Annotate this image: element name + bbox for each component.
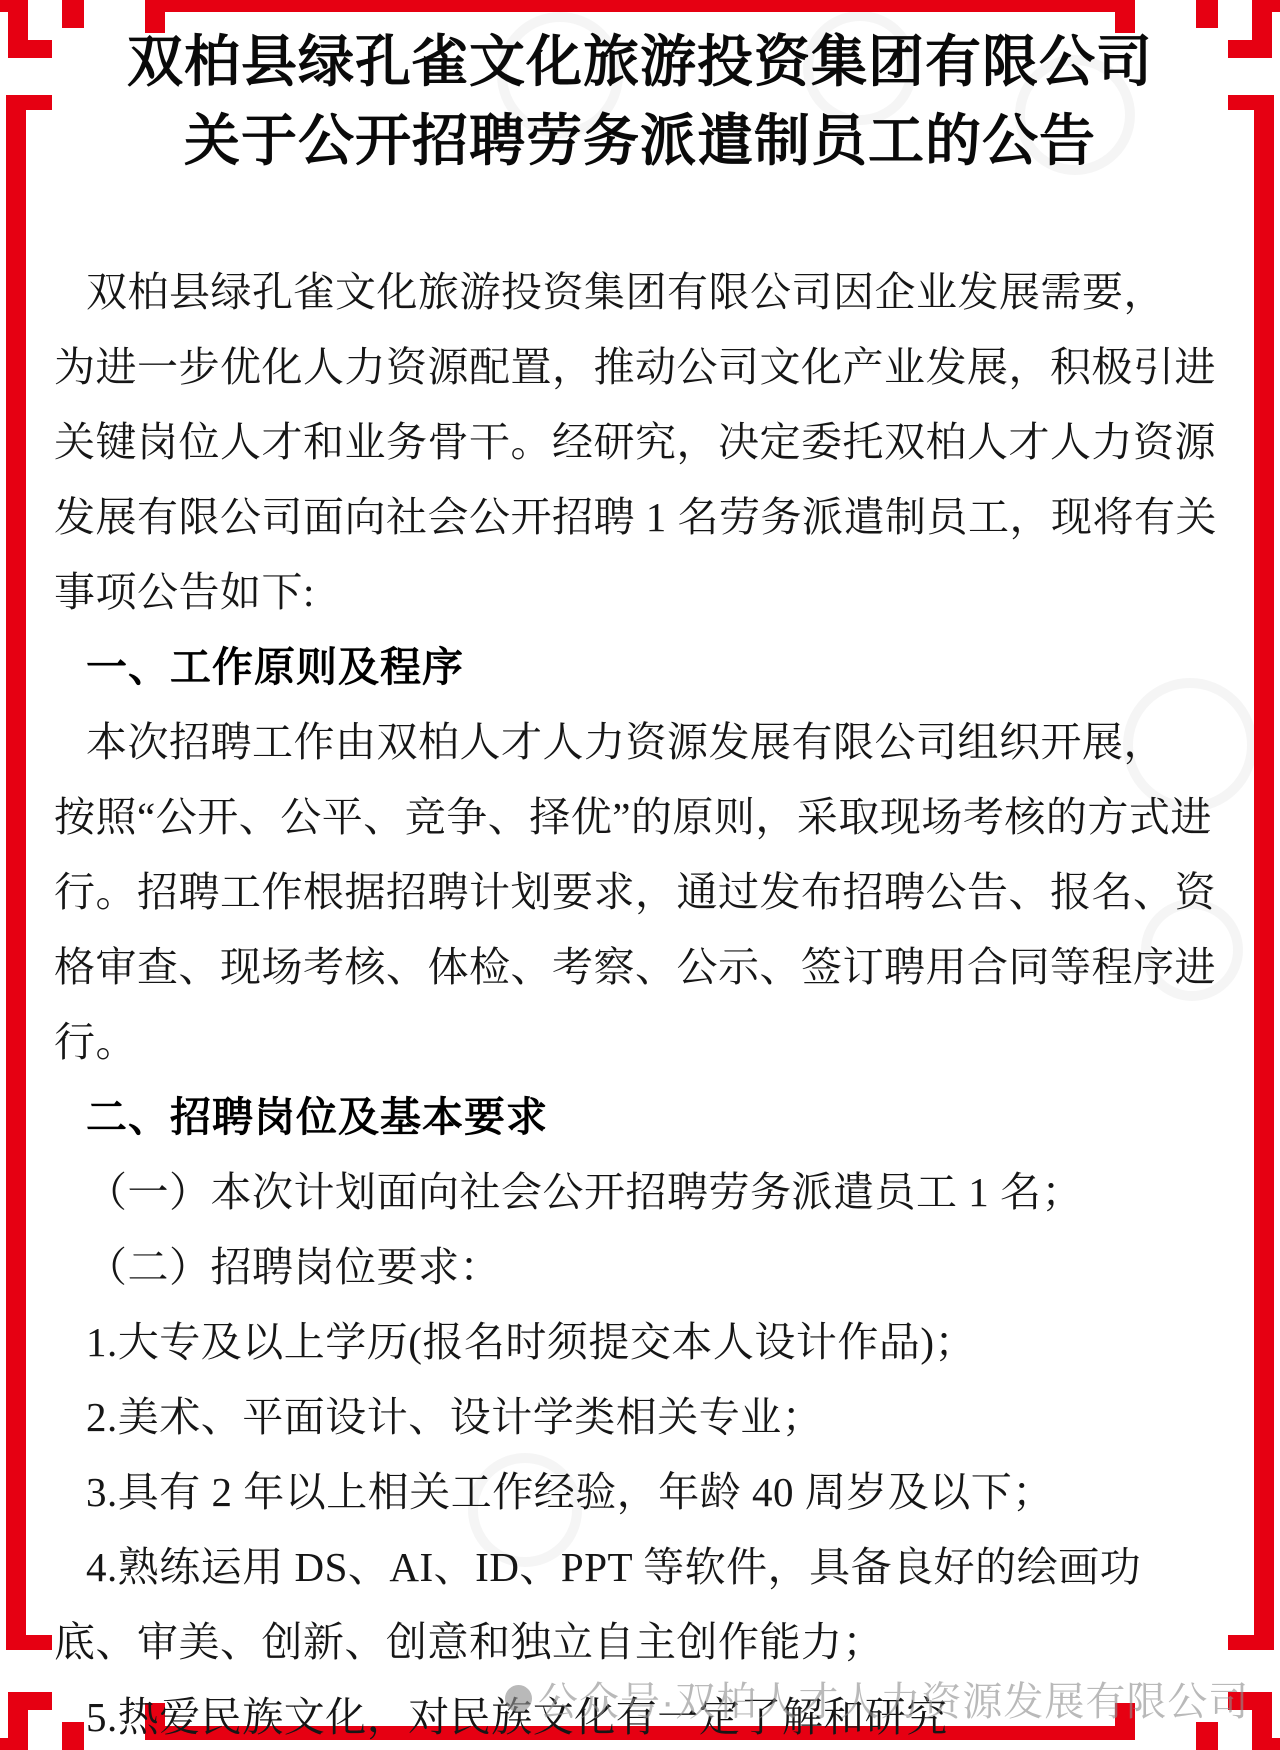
text-line: 为进一步优化人力资源配置，推动公司文化产业发展，积极引进 bbox=[54, 330, 1230, 405]
page-title-line-2: 关于公开招聘劳务派遣制员工的公告 bbox=[60, 103, 1220, 182]
document-body: 双柏县绿孔雀文化旅游投资集团有限公司因企业发展需要， 为进一步优化人力资源配置，… bbox=[54, 255, 1230, 1750]
watermark: 公众号·双柏人才人力资源发展有限公司 bbox=[505, 1672, 1249, 1724]
section-heading-2: 二、招聘岗位及基本要求 bbox=[54, 1080, 1230, 1155]
page-title: 双柏县绿孔雀文化旅游投资集团有限公司 关于公开招聘劳务派遣制员工的公告 bbox=[60, 24, 1220, 182]
watermark-text: 公众号·双柏人才人力资源发展有限公司 bbox=[538, 1670, 1249, 1727]
text-line: 发展有限公司面向社会公开招聘 1 名劳务派遣制员工，现将有关 bbox=[54, 480, 1230, 555]
list-item-2: 2.美术、平面设计、设计学类相关专业； bbox=[54, 1380, 1230, 1455]
list-item-1: 1.大专及以上学历(报名时须提交本人设计作品)； bbox=[54, 1305, 1230, 1380]
text-line: 双柏县绿孔雀文化旅游投资集团有限公司因企业发展需要， bbox=[54, 255, 1230, 330]
text-line: 关键岗位人才和业务骨干。经研究，决定委托双柏人才人力资源 bbox=[54, 405, 1230, 480]
text-line: 按照“公开、公平、竞争、择优”的原则，采取现场考核的方式进 bbox=[54, 780, 1230, 855]
text-line: （一）本次计划面向社会公开招聘劳务派遣员工 1 名； bbox=[54, 1155, 1230, 1230]
wechat-public-account-icon bbox=[505, 1685, 532, 1712]
text-line: 行。招聘工作根据招聘计划要求，通过发布招聘公告、报名、资 bbox=[54, 855, 1230, 930]
text-line: 行。 bbox=[54, 1005, 1230, 1080]
text-line: （二）招聘岗位要求： bbox=[54, 1230, 1230, 1305]
text-line: 本次招聘工作由双柏人才人力资源发展有限公司组织开展， bbox=[54, 705, 1230, 780]
list-item-4: 4.熟练运用 DS、AI、ID、PPT 等软件，具备良好的绘画功 bbox=[54, 1530, 1230, 1605]
page-title-line-1: 双柏县绿孔雀文化旅游投资集团有限公司 bbox=[60, 24, 1220, 103]
text-line: 格审查、现场考核、体检、考察、公示、签订聘用合同等程序进 bbox=[54, 930, 1230, 1005]
section-heading-1: 一、工作原则及程序 bbox=[54, 630, 1230, 705]
text-line: 事项公告如下: bbox=[54, 555, 1230, 630]
list-item-3: 3.具有 2 年以上相关工作经验，年龄 40 周岁及以下； bbox=[54, 1455, 1230, 1530]
